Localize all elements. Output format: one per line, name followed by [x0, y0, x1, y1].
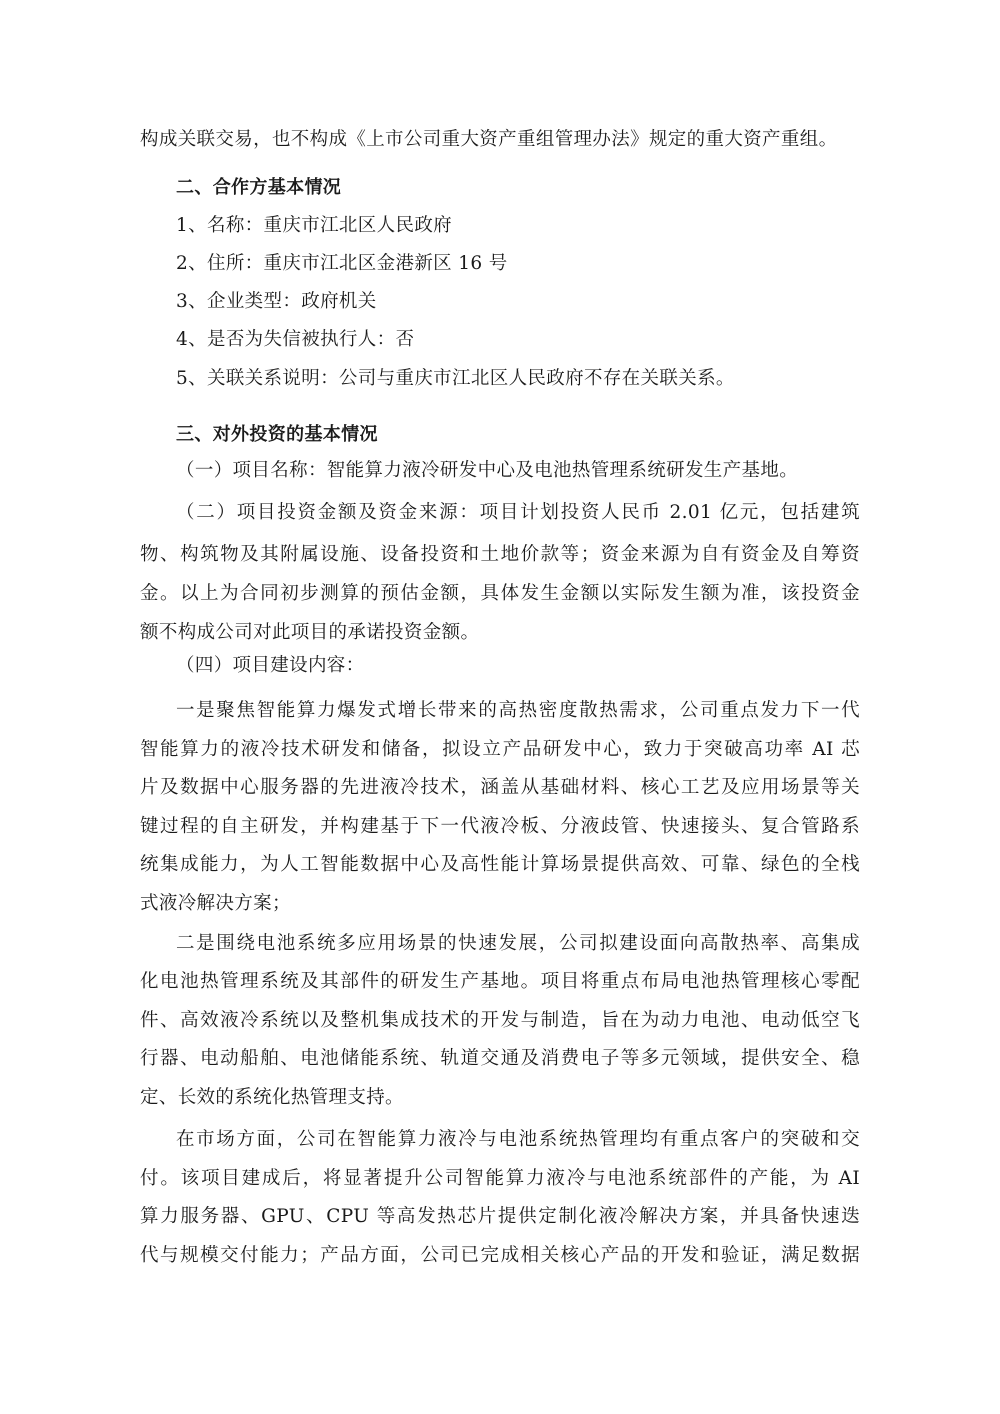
market-para-line: 算力服务器、GPU、CPU 等高发热芯片提供定制化液冷解决方案，并具备快速迭 [140, 1205, 860, 1229]
investment-line: 额不构成公司对此项目的承诺投资金额。 [140, 621, 860, 645]
section-heading-investment: 三、对外投资的基本情况 [176, 423, 378, 447]
market-para-line: 代与规模交付能力；产品方面，公司已完成相关核心产品的开发和验证，满足数据 [140, 1244, 860, 1268]
partner-type-item: 3、企业类型：政府机关 [176, 290, 377, 314]
partner-relation-item: 5、关联关系说明：公司与重庆市江北区人民政府不存在关联关系。 [176, 367, 735, 391]
construction-para1-line: 智能算力的液冷技术研发和储备，拟设立产品研发中心，致力于突破高功率 AI 芯 [140, 738, 860, 762]
investment-line: 金。以上为合同初步测算的预估金额，具体发生金额以实际发生额为准，该投资金 [140, 582, 860, 606]
market-para-line: 在市场方面，公司在智能算力液冷与电池系统热管理均有重点客户的突破和交 [176, 1128, 860, 1152]
partner-dishonest-item: 4、是否为失信被执行人：否 [176, 328, 414, 352]
construction-para1-line: 一是聚焦智能算力爆发式增长带来的高热密度散热需求，公司重点发力下一代 [176, 699, 860, 723]
intro-line: 构成关联交易，也不构成《上市公司重大资产重组管理办法》规定的重大资产重组。 [140, 128, 860, 152]
construction-para2-line: 化电池热管理系统及其部件的研发生产基地。项目将重点布局电池热管理核心零配 [140, 970, 860, 994]
construction-para2-line: 行器、电动船舶、电池储能系统、轨道交通及消费电子等多元领域，提供安全、稳 [140, 1047, 860, 1071]
partner-address-item: 2、住所：重庆市江北区金港新区 16 号 [176, 252, 508, 276]
construction-para1-line: 式液冷解决方案； [140, 892, 860, 916]
construction-para2-line: 件、高效液冷系统以及整机集成技术的开发与制造，旨在为动力电池、电动低空飞 [140, 1009, 860, 1033]
construction-para2-line: 二是围绕电池系统多应用场景的快速发展，公司拟建设面向高散热率、高集成 [176, 932, 860, 956]
investment-line: 物、构筑物及其附属设施、设备投资和土地价款等；资金来源为自有资金及自筹资 [140, 543, 860, 567]
investment-line: （二）项目投资金额及资金来源：项目计划投资人民币 2.01 亿元，包括建筑 [176, 501, 860, 525]
construction-para1-line: 片及数据中心服务器的先进液冷技术，涵盖从基础材料、核心工艺及应用场景等关 [140, 776, 860, 800]
section-heading-partner: 二、合作方基本情况 [176, 176, 341, 200]
construction-para1-line: 键过程的自主研发，并构建基于下一代液冷板、分液歧管、快速接头、复合管路系 [140, 815, 860, 839]
project-name-line: （一）项目名称：智能算力液冷研发中心及电池热管理系统研发生产基地。 [176, 459, 860, 483]
market-para-line: 付。该项目建成后，将显著提升公司智能算力液冷与电池系统部件的产能，为 AI [140, 1167, 860, 1191]
construction-heading: （四）项目建设内容： [176, 654, 860, 678]
partner-name-item: 1、名称：重庆市江北区人民政府 [176, 214, 452, 238]
document-page: 构成关联交易，也不构成《上市公司重大资产重组管理办法》规定的重大资产重组。 二、… [0, 0, 1000, 1414]
construction-para2-line: 定、长效的系统化热管理支持。 [140, 1086, 860, 1110]
construction-para1-line: 统集成能力，为人工智能数据中心及高性能计算场景提供高效、可靠、绿色的全栈 [140, 853, 860, 877]
